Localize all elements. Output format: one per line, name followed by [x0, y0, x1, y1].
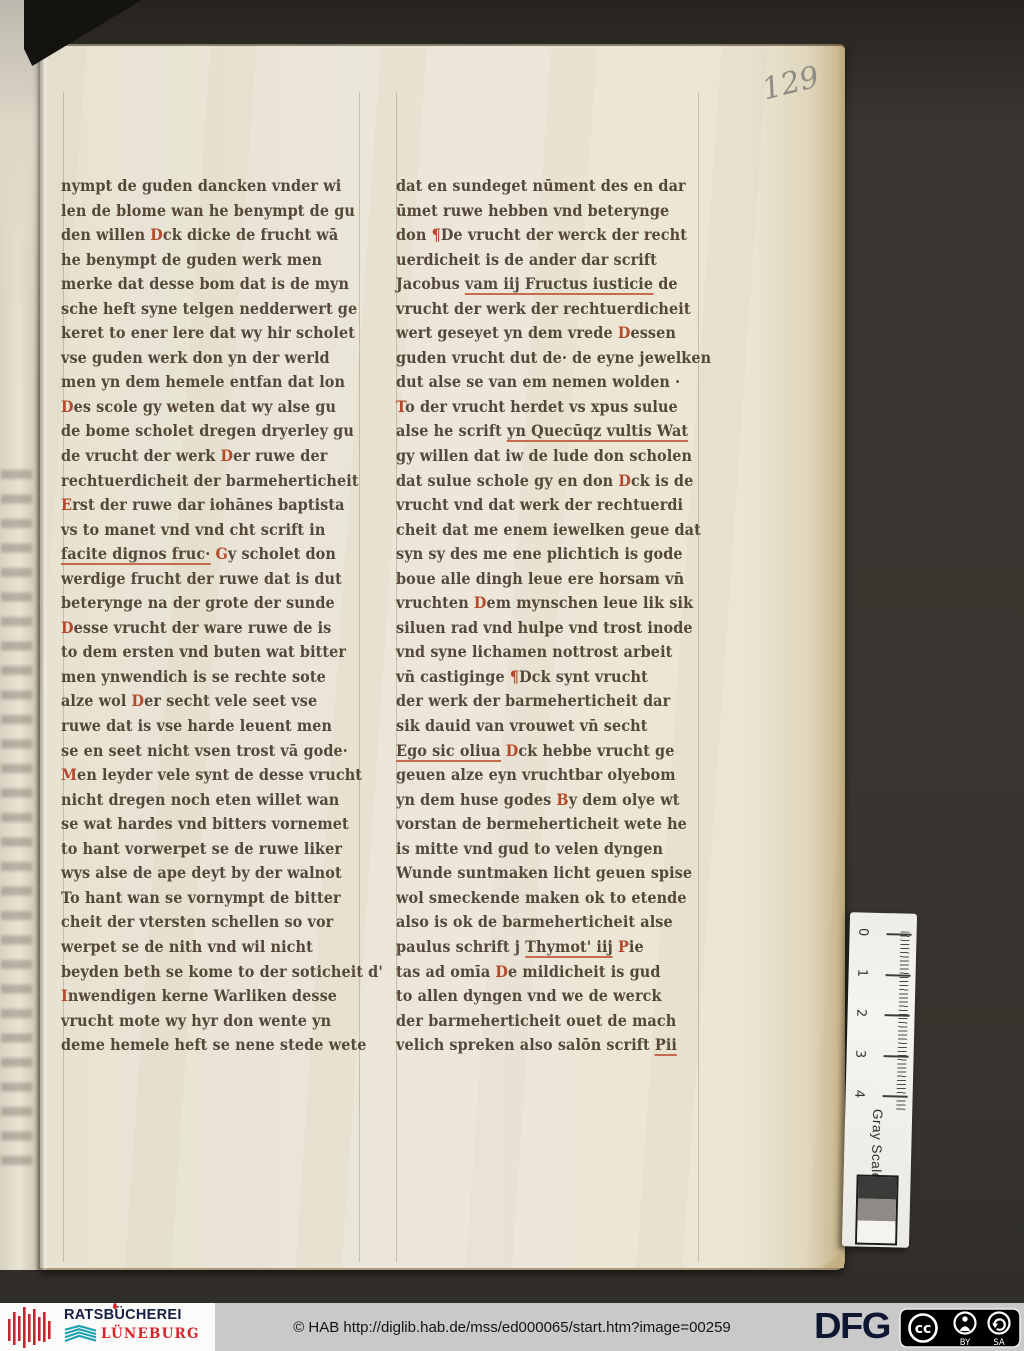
- manuscript-text-segment: D: [618, 323, 631, 342]
- manuscript-line: cheit der vtersten schellen so vor: [61, 910, 340, 935]
- manuscript-line: rechtuerdicheit der barmeherticheit: [61, 469, 340, 494]
- manuscript-text-segment: vrucht der werk der rechtuerdicheit: [396, 299, 691, 318]
- manuscript-line: vn̄ castiginge ¶Dck synt vrucht: [396, 665, 681, 690]
- manuscript-text-segment: y scholet don: [228, 544, 336, 563]
- manuscript-text-segment: se en seet nicht vsen trost vā gode·: [61, 741, 348, 760]
- manuscript-text-segment: T: [396, 397, 405, 416]
- manuscript-text-segment: D: [618, 471, 631, 490]
- manuscript-text-segment: ck hebbe vrucht ge: [518, 741, 674, 760]
- manuscript-text-segment: D: [506, 741, 519, 760]
- manuscript-text-segment: dat en sundeget nūment des en dar: [396, 176, 686, 195]
- ruler-number: 3: [852, 1049, 867, 1058]
- manuscript-text-segment: alze wol: [61, 691, 132, 710]
- manuscript-text-segment: D: [61, 397, 74, 416]
- manuscript-line: paulus schrift j Thymot' iij Pie: [396, 935, 681, 960]
- manuscript-text-segment: gy willen dat iw de lude don scholen: [396, 446, 692, 465]
- manuscript-text-segment: keret to ener lere dat wy hir scholet: [61, 323, 355, 342]
- manuscript-text-segment: dut alse se van em nemen wolden ·: [396, 372, 680, 391]
- manuscript-text-segment: Thymot' iij: [525, 937, 613, 958]
- ruler-fine-ticks: [896, 931, 909, 1111]
- manuscript-line: facite dignos fruc· Gy scholet don: [61, 542, 340, 567]
- manuscript-text-segment: ¶: [510, 667, 519, 686]
- manuscript-text-segment: wys alse de ape deyt by der walnot: [61, 863, 342, 882]
- manuscript-text-segment: werdige frucht der ruwe dat is dut: [61, 569, 342, 588]
- manuscript-line: de bome scholet dregen dryerley gu: [61, 419, 340, 444]
- library-name-text: RATSBÜCHEREI: [64, 1307, 182, 1323]
- manuscript-text-segment: rechtuerdicheit der barmeherticheit: [61, 471, 359, 490]
- manuscript-text-segment: yn dem huse godes: [396, 790, 556, 809]
- manuscript-text-segment: e mildicheit is gud: [508, 962, 661, 981]
- manuscript-text-segment: deme hemele heft se nene stede wete: [61, 1035, 366, 1054]
- manuscript-text-segment: Pii: [655, 1035, 677, 1056]
- cc-license-badge: cc BY SA: [899, 1308, 1021, 1348]
- manuscript-line: Men leyder vele synt de desse vrucht: [61, 763, 340, 788]
- manuscript-line: keret to ener lere dat wy hir scholet: [61, 321, 340, 346]
- gray-patch-white: [857, 1221, 896, 1244]
- manuscript-text-segment: dat sulue schole gy en don: [396, 471, 618, 490]
- manuscript-text-segment: esse vrucht der ware ruwe de is: [74, 618, 332, 637]
- manuscript-line: se en seet nicht vsen trost vā gode·: [61, 739, 340, 764]
- manuscript-line: To hant wan se vornympt de bitter: [61, 886, 340, 911]
- manuscript-text-segment: len de blome wan he benympt de gu: [61, 201, 355, 220]
- manuscript-text-segment: Wunde suntmaken licht geuen spise: [396, 863, 692, 882]
- manuscript-text-segment: sche heft syne telgen nedderwert ge: [61, 299, 357, 318]
- library-name: RATSBÜCHEREI LÜNEBURG: [64, 1307, 200, 1342]
- manuscript-text-segment: Jacobus: [396, 274, 465, 293]
- manuscript-text-segment: cheit der vtersten schellen so vor: [61, 912, 333, 931]
- umlaut-flame-icon: [113, 1303, 117, 1309]
- manuscript-line: vs to manet vnd vnd cht scrift in: [61, 518, 340, 543]
- manuscript-text-segment: alse he scrift: [396, 421, 507, 440]
- manuscript-column-left: nympt de guden dancken vnder wilen de bl…: [61, 174, 361, 1058]
- manuscript-text-segment: D: [495, 962, 508, 981]
- manuscript-text-segment: cheit dat me enem iewelken geue dat: [396, 520, 701, 539]
- manuscript-text-segment: beyden beth se kome to der soticheit d': [61, 962, 383, 981]
- manuscript-text-segment: ruwe dat is vse harde leuent men: [61, 716, 332, 735]
- manuscript-line: nicht dregen noch eten willet wan: [61, 788, 340, 813]
- manuscript-text-segment: velich spreken also salōn scrift: [396, 1035, 655, 1054]
- manuscript-text-segment: tas ad omīa: [396, 962, 495, 981]
- manuscript-text-segment: der barmeherticheit ouet de mach: [396, 1011, 676, 1030]
- manuscript-text-segment: ūmet ruwe hebben vnd beterynge: [396, 201, 669, 220]
- manuscript-line: werdige frucht der ruwe dat is dut: [61, 567, 340, 592]
- manuscript-text-segment: essen: [630, 323, 676, 342]
- manuscript-text-segment: er secht vele seet vse: [144, 691, 317, 710]
- manuscript-line: men ynwendich is se rechte sote: [61, 665, 340, 690]
- manuscript-text-segment: merke dat desse bom dat is de myn: [61, 274, 349, 293]
- manuscript-line: sche heft syne telgen nedderwert ge: [61, 297, 340, 322]
- manuscript-text-segment: geuen alze eyn vruchtbar olyebom: [396, 765, 676, 784]
- manuscript-line: also is ok de barmeherticheit alse: [396, 910, 681, 935]
- manuscript-line: Des scole gy weten dat wy alse gu: [61, 395, 340, 420]
- manuscript-text-segment: nympt de guden dancken vnder wi: [61, 176, 341, 195]
- gray-patch-mid: [858, 1199, 897, 1222]
- manuscript-text-segment: werpet se de nith vnd wil nicht: [61, 937, 313, 956]
- manuscript-line: len de blome wan he benympt de gu: [61, 199, 340, 224]
- manuscript-text-segment: em mynschen leue lik sik: [486, 593, 693, 612]
- manuscript-text-segment: E: [61, 495, 72, 514]
- manuscript-line: Wunde suntmaken licht geuen spise: [396, 861, 681, 886]
- manuscript-line: wert geseyet yn dem vrede Dessen: [396, 321, 681, 346]
- manuscript-text-segment: D: [132, 691, 145, 710]
- manuscript-line: yn dem huse godes By dem olye wt: [396, 788, 681, 813]
- ruler-long-tick: [884, 1055, 909, 1058]
- manuscript-line: uerdicheit is de ander dar scrift: [396, 248, 681, 273]
- manuscript-line: vse guden werk don yn der werld: [61, 346, 340, 371]
- manuscript-text-segment: y dem olye wt: [569, 790, 680, 809]
- manuscript-text-segment: vorstan de bermeherticheit wete he: [396, 814, 687, 833]
- manuscript-text-segment: is mitte vnd gud to velen dyngen: [396, 839, 663, 858]
- manuscript-line: to allen dyngen vnd we de werck: [396, 984, 681, 1009]
- manuscript-text-segment: ¶: [432, 225, 441, 244]
- manuscript-text-segment: es scole gy weten dat wy alse gu: [74, 397, 336, 416]
- manuscript-text-segment: den willen: [61, 225, 150, 244]
- manuscript-line: de vrucht der werk Der ruwe der: [61, 444, 340, 469]
- manuscript-photo: 129 nympt de guden dancken vnder wilen d…: [0, 0, 1024, 1303]
- gray-scale-card: 01234 Gray Scale: [842, 912, 917, 1248]
- manuscript-text-segment: Ego sic oliua: [396, 741, 501, 762]
- manuscript-line: wys alse de ape deyt by der walnot: [61, 861, 340, 886]
- manuscript-text-segment: De vrucht der werck der recht: [441, 225, 687, 244]
- manuscript-line: tas ad omīa De mildicheit is gud: [396, 960, 681, 985]
- library-city-text: LÜNEBURG: [101, 1326, 200, 1342]
- manuscript-text-segment: P: [618, 937, 629, 956]
- manuscript-text-segment: rst der ruwe dar iohānes baptista: [72, 495, 344, 514]
- ruler-number: 2: [853, 1009, 868, 1018]
- page-corner-fold: [816, 1248, 844, 1268]
- manuscript-text-segment: B: [556, 790, 568, 809]
- manuscript-text-segment: der werk der barmeherticheit dar: [396, 691, 670, 710]
- manuscript-text-segment: men ynwendich is se rechte sote: [61, 667, 326, 686]
- manuscript-line: gy willen dat iw de lude don scholen: [396, 444, 681, 469]
- manuscript-text-segment: paulus schrift j: [396, 937, 525, 956]
- bleed-through-text: [1, 470, 32, 1170]
- manuscript-text-segment: vse guden werk don yn der werld: [61, 348, 330, 367]
- ruler-number: 0: [855, 928, 870, 937]
- manuscript-text-segment: D: [61, 618, 74, 637]
- manuscript-line: men yn dem hemele entfan dat lon: [61, 370, 340, 395]
- manuscript-line: dat sulue schole gy en don Dck is de: [396, 469, 681, 494]
- manuscript-text-segment: boue alle dingh leue ere horsam vn̄: [396, 569, 684, 588]
- manuscript-text-segment: vs to manet vnd vnd cht scrift in: [61, 520, 325, 539]
- manuscript-text-segment: ck dicke de frucht wā: [163, 225, 338, 244]
- manuscript-line: is mitte vnd gud to velen dyngen: [396, 837, 681, 862]
- gutter-crease: [36, 0, 48, 1270]
- manuscript-text-segment: nicht dregen noch eten willet wan: [61, 790, 339, 809]
- manuscript-line: werpet se de nith vnd wil nicht: [61, 935, 340, 960]
- manuscript-text-segment: vrucht mote wy hyr don wente yn: [61, 1011, 331, 1030]
- manuscript-line: Erst der ruwe dar iohānes baptista: [61, 493, 340, 518]
- svg-text:SA: SA: [993, 1338, 1005, 1348]
- manuscript-line: se wat hardes vnd bitters vornemet: [61, 812, 340, 837]
- manuscript-line: sik dauid van vrouwet vn̄ secht: [396, 714, 681, 739]
- manuscript-line: velich spreken also salōn scrift Pii: [396, 1033, 681, 1058]
- ruler-number: 1: [854, 968, 869, 977]
- ruler-scale: 01234: [850, 912, 917, 914]
- manuscript-text-segment: to hant vorwerpet se de ruwe liker: [61, 839, 342, 858]
- dfg-logo: DFG: [814, 1305, 890, 1347]
- scan-viewer: 129 nympt de guden dancken vnder wilen d…: [0, 0, 1024, 1351]
- manuscript-text-segment: wol smeckende maken ok to etende: [396, 888, 687, 907]
- manuscript-line: der barmeherticheit ouet de mach: [396, 1009, 681, 1034]
- manuscript-text-segment: also is ok de barmeherticheit alse: [396, 912, 673, 931]
- manuscript-text-segment: to allen dyngen vnd we de werck: [396, 986, 662, 1005]
- ruler-long-tick: [886, 974, 911, 977]
- manuscript-line: boue alle dingh leue ere horsam vn̄: [396, 567, 681, 592]
- manuscript-line: to hant vorwerpet se de ruwe liker: [61, 837, 340, 862]
- manuscript-column-right: dat en sundeget nūment des en darūmet ru…: [396, 174, 702, 1058]
- manuscript-line: vnd syne lichamen nottrost arbeit: [396, 640, 681, 665]
- manuscript-text-segment: yn Quecūqz vultis Wat: [507, 421, 688, 442]
- manuscript-text-segment: de vrucht der werk: [61, 446, 220, 465]
- ruler-long-tick: [885, 1014, 910, 1017]
- manuscript-line: beyden beth se kome to der soticheit d': [61, 960, 340, 985]
- manuscript-line: vrucht mote wy hyr don wente yn: [61, 1009, 340, 1034]
- ruler-long-tick: [887, 933, 912, 936]
- manuscript-text-segment: D: [220, 446, 233, 465]
- library-logo: RATSBÜCHEREI LÜNEBURG: [0, 1303, 215, 1351]
- manuscript-line: deme hemele heft se nene stede wete: [61, 1033, 340, 1058]
- manuscript-line: To der vrucht herdet vs xpus sulue: [396, 395, 681, 420]
- gray-patch-dark: [858, 1177, 897, 1200]
- library-name-line2: LÜNEBURG: [64, 1325, 200, 1342]
- book-fan-icon: [64, 1325, 98, 1342]
- svg-text:BY: BY: [960, 1338, 971, 1348]
- manuscript-text-segment: de bome scholet dregen dryerley gu: [61, 421, 354, 440]
- manuscript-text-segment: To hant wan se vornympt de bitter: [61, 888, 341, 907]
- manuscript-line: geuen alze eyn vruchtbar olyebom: [396, 763, 681, 788]
- manuscript-line: merke dat desse bom dat is de myn: [61, 272, 340, 297]
- library-name-line1: RATSBÜCHEREI: [64, 1307, 200, 1323]
- manuscript-line: vrucht vnd dat werk der rechtuerdi: [396, 493, 681, 518]
- manuscript-line: don ¶De vrucht der werck der recht: [396, 223, 681, 248]
- footer-bar: RATSBÜCHEREI LÜNEBURG © HAB: [0, 1303, 1024, 1351]
- manuscript-text-segment: men yn dem hemele entfan dat lon: [61, 372, 345, 391]
- page-number: 129: [759, 60, 823, 108]
- manuscript-text-segment: ie: [629, 937, 644, 956]
- manuscript-line: den willen Dck dicke de frucht wā: [61, 223, 340, 248]
- manuscript-page: 129 nympt de guden dancken vnder wilen d…: [40, 44, 845, 1270]
- manuscript-line: Desse vrucht der ware ruwe de is: [61, 616, 340, 641]
- manuscript-text-segment: Dck synt vrucht: [519, 667, 648, 686]
- manuscript-line: alse he scrift yn Quecūqz vultis Wat: [396, 419, 681, 444]
- manuscript-line: dat en sundeget nūment des en dar: [396, 174, 681, 199]
- manuscript-text-segment: beterynge na der grote der sunde: [61, 593, 335, 612]
- manuscript-text-segment: facite dignos fruc·: [61, 544, 210, 565]
- manuscript-text-segment: he benympt de guden werk men: [61, 250, 322, 269]
- manuscript-line: wol smeckende maken ok to etende: [396, 886, 681, 911]
- manuscript-text-segment: nwendigen kerne Warliken desse: [68, 986, 337, 1005]
- manuscript-text-segment: vnd syne lichamen nottrost arbeit: [396, 642, 672, 661]
- ruler-long-tick: [883, 1095, 908, 1098]
- manuscript-text-segment: ck is de: [631, 471, 693, 490]
- manuscript-line: dut alse se van em nemen wolden ·: [396, 370, 681, 395]
- manuscript-text-segment: er ruwe der: [233, 446, 327, 465]
- manuscript-line: nympt de guden dancken vnder wi: [61, 174, 340, 199]
- manuscript-text-segment: o der vrucht herdet vs xpus sulue: [405, 397, 678, 416]
- ruler-number: 4: [851, 1090, 866, 1099]
- manuscript-text-segment: de: [653, 274, 678, 293]
- manuscript-text-segment: to dem ersten vnd buten wat bitter: [61, 642, 346, 661]
- manuscript-line: syn sy des me ene plichtich is gode: [396, 542, 681, 567]
- manuscript-line: ūmet ruwe hebben vnd beterynge: [396, 199, 681, 224]
- manuscript-line: ruwe dat is vse harde leuent men: [61, 714, 340, 739]
- manuscript-text-segment: en leyder vele synt de desse vrucht: [77, 765, 362, 784]
- gray-patches: [855, 1174, 899, 1245]
- manuscript-text-segment: D: [150, 225, 163, 244]
- manuscript-line: der werk der barmeherticheit dar: [396, 689, 681, 714]
- manuscript-line: beterynge na der grote der sunde: [61, 591, 340, 616]
- manuscript-text-segment: M: [61, 765, 77, 784]
- manuscript-line: alze wol Der secht vele seet vse: [61, 689, 340, 714]
- manuscript-text-segment: siluen rad vnd hulpe vnd trost inode: [396, 618, 693, 637]
- manuscript-text-segment: se wat hardes vnd bitters vornemet: [61, 814, 349, 833]
- manuscript-text-segment: wert geseyet yn dem vrede: [396, 323, 618, 342]
- manuscript-text-segment: syn sy des me ene plichtich is gode: [396, 544, 683, 563]
- library-bars-icon: [6, 1305, 58, 1349]
- manuscript-line: Jacobus vam iij Fructus iusticie de: [396, 272, 681, 297]
- copyright-text: © HAB http://diglib.hab.de/mss/ed000065/…: [235, 1303, 789, 1351]
- manuscript-text-segment: vam iij Fructus iusticie: [465, 274, 653, 295]
- manuscript-line: to dem ersten vnd buten wat bitter: [61, 640, 340, 665]
- manuscript-line: guden vrucht dut de· de eyne jewelken: [396, 346, 681, 371]
- manuscript-line: vrucht der werk der rechtuerdicheit: [396, 297, 681, 322]
- manuscript-text-segment: G: [215, 544, 227, 563]
- manuscript-line: vruchten Dem mynschen leue lik sik: [396, 591, 681, 616]
- manuscript-text-segment: vn̄ castiginge: [396, 667, 510, 686]
- manuscript-text-segment: vrucht vnd dat werk der rechtuerdi: [396, 495, 683, 514]
- manuscript-text-segment: don: [396, 225, 432, 244]
- manuscript-text-segment: sik dauid van vrouwet vn̄ secht: [396, 716, 647, 735]
- manuscript-text-segment: D: [474, 593, 487, 612]
- manuscript-text-segment: uerdicheit is de ander dar scrift: [396, 250, 657, 269]
- manuscript-line: cheit dat me enem iewelken geue dat: [396, 518, 681, 543]
- manuscript-line: Ego sic oliua Dck hebbe vrucht ge: [396, 739, 681, 764]
- manuscript-text-segment: vruchten: [396, 593, 474, 612]
- manuscript-line: Inwendigen kerne Warliken desse: [61, 984, 340, 1009]
- svg-text:cc: cc: [915, 1321, 932, 1337]
- manuscript-text-segment: guden vrucht dut de· de eyne jewelken: [396, 348, 711, 367]
- gray-scale-label: Gray Scale: [869, 1109, 886, 1181]
- manuscript-line: vorstan de bermeherticheit wete he: [396, 812, 681, 837]
- manuscript-line: he benympt de guden werk men: [61, 248, 340, 273]
- manuscript-line: siluen rad vnd hulpe vnd trost inode: [396, 616, 681, 641]
